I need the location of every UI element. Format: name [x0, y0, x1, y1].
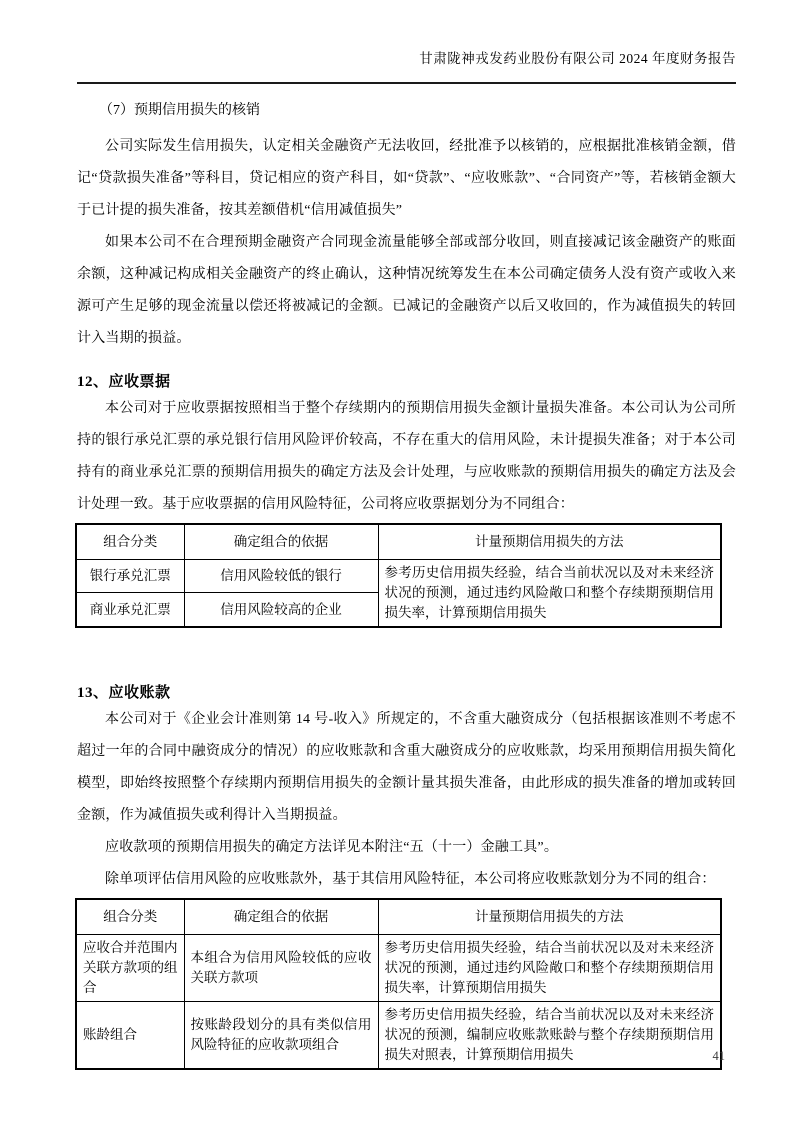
paragraph-accounts-receivable-3: 除单项评估信用风险的应收账款外，基于其信用风险特征，本公司将应收账款划分为不同的…	[77, 864, 736, 896]
paragraph-accounts-receivable-1: 本公司对于《企业会计准则第 14 号-收入》所规定的，不含重大融资成分（包括根据…	[77, 704, 736, 832]
heading-section-12-notes-receivable: 12、应收票据	[77, 371, 736, 393]
col-header-portfolio-category: 组合分类	[76, 899, 184, 935]
col-header-ecl-method: 计量预期信用损失的方法	[378, 899, 721, 935]
page-number: 41	[713, 1049, 726, 1064]
notes-receivable-portfolio-table: 组合分类 确定组合的依据 计量预期信用损失的方法 银行承兑汇票 信用风险较低的银…	[75, 523, 722, 628]
cell-category-aging: 账龄组合	[76, 1002, 184, 1070]
col-header-ecl-method: 计量预期信用损失的方法	[378, 524, 721, 560]
col-header-portfolio-basis: 确定组合的依据	[184, 524, 378, 560]
cell-method-aging: 参考历史信用损失经验，结合当前状况以及对未来经济状况的预测，编制应收账款账龄与整…	[378, 1002, 721, 1070]
table-row: 账龄组合 按账龄段划分的具有类似信用风险特征的应收款项组合 参考历史信用损失经验…	[76, 1002, 721, 1070]
cell-basis-bank-acceptance: 信用风险较低的银行	[184, 560, 378, 593]
paragraph-accounts-receivable-2: 应收款项的预期信用损失的确定方法详见本附注“五（十一）金融工具”。	[77, 832, 736, 864]
cell-ecl-method-merged: 参考历史信用损失经验，结合当前状况以及对未来经济状况的预测，通过违约风险敞口和整…	[378, 560, 721, 628]
paragraph-writeoff-1: 公司实际发生信用损失，认定相关金融资产无法收回，经批准予以核销的，应根据批准核销…	[77, 131, 736, 227]
col-header-portfolio-category: 组合分类	[76, 524, 184, 560]
report-header: 甘肃陇神戎发药业股份有限公司 2024 年度财务报告	[77, 0, 736, 84]
heading-credit-loss-writeoff: （7）预期信用损失的核销	[77, 101, 736, 121]
cell-method-related-party: 参考历史信用损失经验，结合当前状况以及对未来经济状况的预测，通过违约风险敞口和整…	[378, 935, 721, 1002]
table-header-row: 组合分类 确定组合的依据 计量预期信用损失的方法	[76, 899, 721, 935]
table-row: 应收合并范围内关联方款项的组合 本组合为信用风险较低的应收关联方款项 参考历史信…	[76, 935, 721, 1002]
cell-basis-commercial-acceptance: 信用风险较高的企业	[184, 593, 378, 627]
cell-category-commercial-acceptance: 商业承兑汇票	[76, 593, 184, 627]
paragraph-notes-receivable: 本公司对于应收票据按照相当于整个存续期内的预期信用损失金额计量损失准备。本公司认…	[77, 393, 736, 521]
paragraph-writeoff-2: 如果本公司不在合理预期金融资产合同现金流量能够全部或部分收回，则直接减记该金融资…	[77, 227, 736, 355]
cell-category-related-party: 应收合并范围内关联方款项的组合	[76, 935, 184, 1002]
col-header-portfolio-basis: 确定组合的依据	[184, 899, 378, 935]
table-header-row: 组合分类 确定组合的依据 计量预期信用损失的方法	[76, 524, 721, 560]
cell-category-bank-acceptance: 银行承兑汇票	[76, 560, 184, 593]
cell-basis-aging: 按账龄段划分的具有类似信用风险特征的应收款项组合	[184, 1002, 378, 1070]
heading-section-13-accounts-receivable: 13、应收账款	[77, 682, 736, 704]
page-content: 甘肃陇神戎发药业股份有限公司 2024 年度财务报告 （7）预期信用损失的核销 …	[0, 0, 793, 1070]
accounts-receivable-portfolio-table: 组合分类 确定组合的依据 计量预期信用损失的方法 应收合并范围内关联方款项的组合…	[75, 898, 722, 1070]
document-page: 甘肃陇神戎发药业股份有限公司 2024 年度财务报告 （7）预期信用损失的核销 …	[0, 0, 793, 1122]
spacer	[77, 628, 736, 666]
cell-basis-related-party: 本组合为信用风险较低的应收关联方款项	[184, 935, 378, 1002]
table-row: 银行承兑汇票 信用风险较低的银行 参考历史信用损失经验，结合当前状况以及对未来经…	[76, 560, 721, 593]
